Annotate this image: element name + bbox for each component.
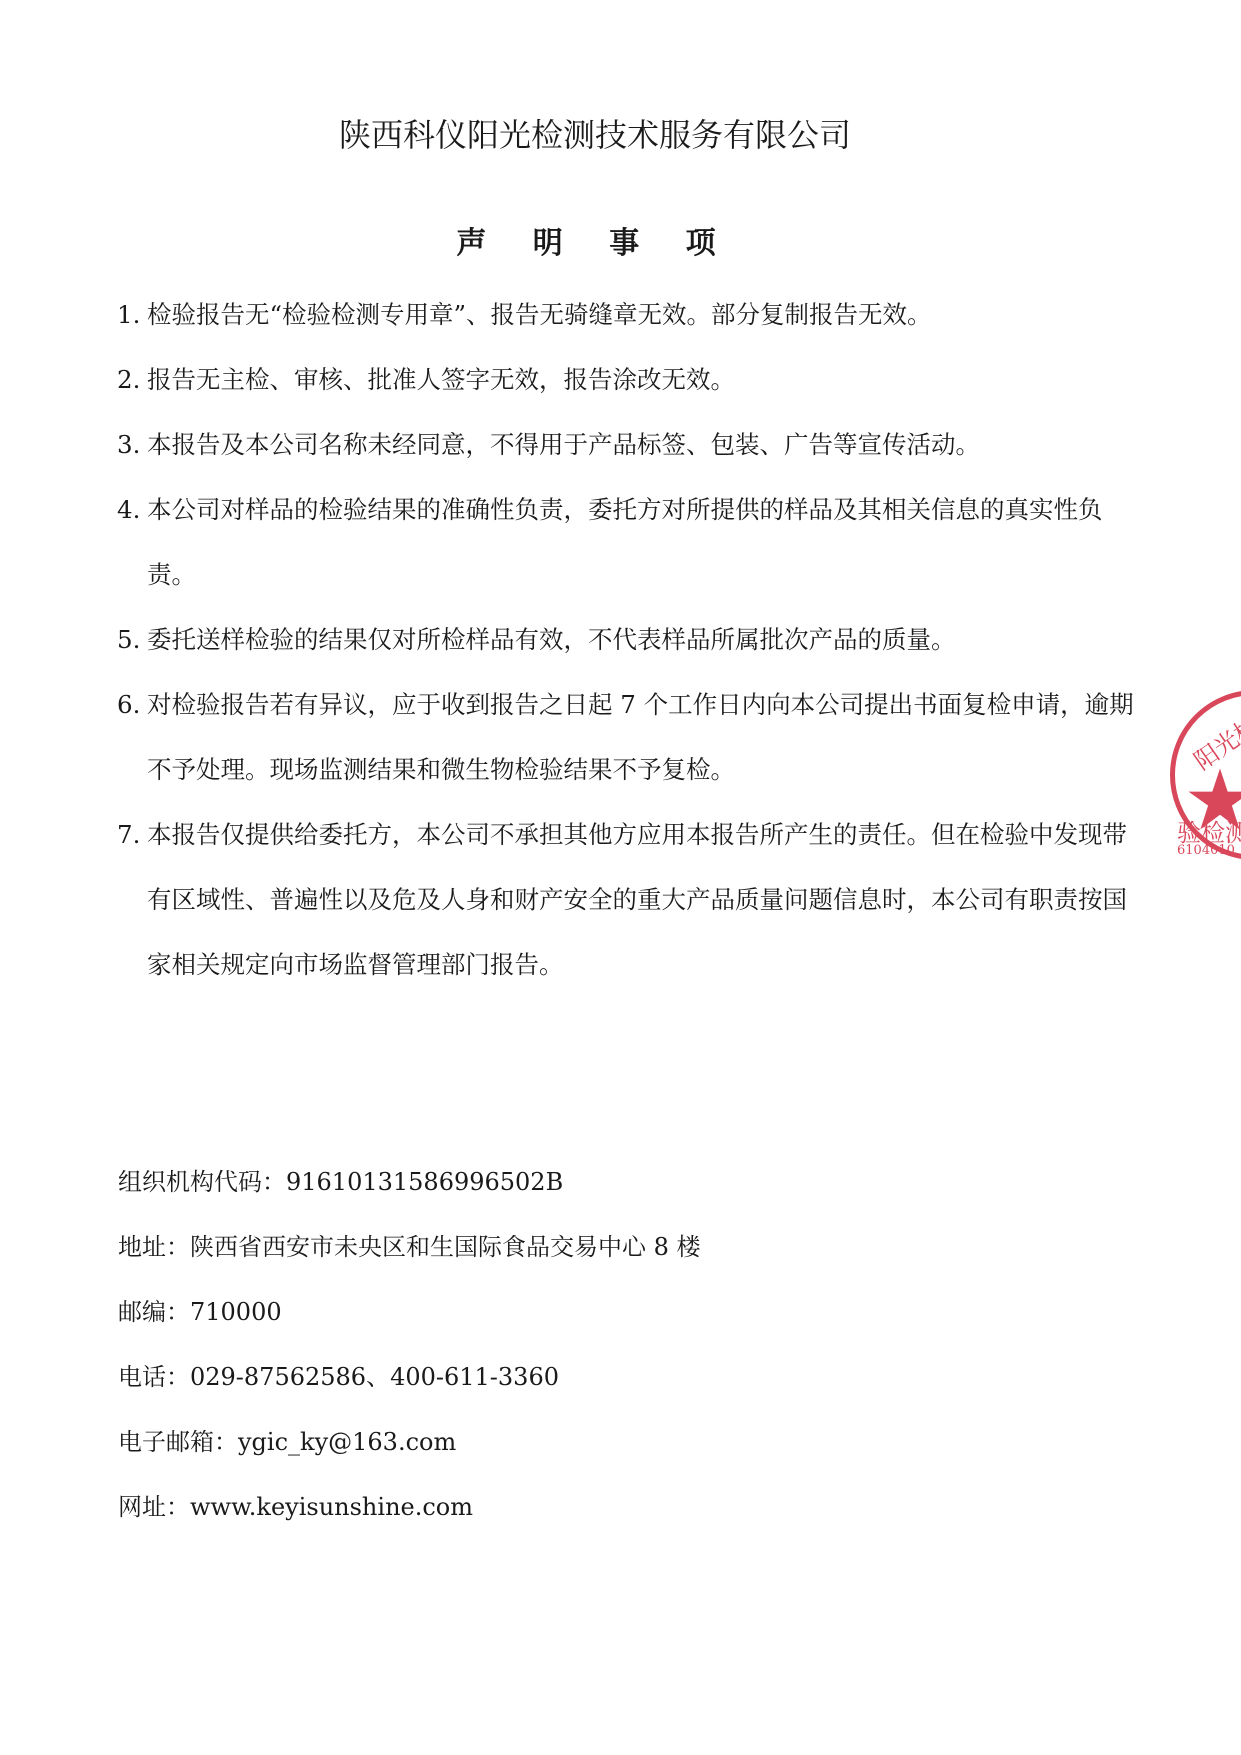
clause-item: 6. 对检验报告若有异议，应于收到报告之日起 7 个工作日内向本公司提出书面复检… <box>117 672 1137 802</box>
clause-text: 报告无主检、审核、批准人签字无效，报告涂改无效。 <box>147 347 1137 412</box>
clause-number: 4. <box>117 477 147 607</box>
clause-item: 3. 本报告及本公司名称未经同意，不得用于产品标签、包装、广告等宣传活动。 <box>117 412 1137 477</box>
clause-text: 本报告仅提供给委托方，本公司不承担其他方应用本报告所产生的责任。但在检验中发现带… <box>147 802 1137 997</box>
clause-number: 2. <box>117 347 147 412</box>
clause-text: 委托送样检验的结果仅对所检样品有效，不代表样品所属批次产品的质量。 <box>147 607 1137 672</box>
clause-item: 4. 本公司对样品的检验结果的准确性负责，委托方对所提供的样品及其相关信息的真实… <box>117 477 1137 607</box>
clause-item: 7. 本报告仅提供给委托方，本公司不承担其他方应用本报告所产生的责任。但在检验中… <box>117 802 1137 997</box>
clause-text: 检验报告无“检验检测专用章”、报告无骑缝章无效。部分复制报告无效。 <box>147 282 1137 347</box>
clause-number: 3. <box>117 412 147 477</box>
website: 网址：www.keyisunshine.com <box>118 1487 701 1552</box>
clause-text: 本报告及本公司名称未经同意，不得用于产品标签、包装、广告等宣传活动。 <box>147 412 1137 477</box>
clause-item: 2. 报告无主检、审核、批准人签字无效，报告涂改无效。 <box>117 347 1137 412</box>
clause-item: 1. 检验报告无“检验检测专用章”、报告无骑缝章无效。部分复制报告无效。 <box>117 282 1137 347</box>
clause-text: 对检验报告若有异议，应于收到报告之日起 7 个工作日内向本公司提出书面复检申请，… <box>147 672 1137 802</box>
postcode: 邮编：710000 <box>118 1292 701 1357</box>
clause-number: 7. <box>117 802 147 997</box>
org-code: 组织机构代码：91610131586996502B <box>118 1162 701 1227</box>
company-name: 陕西科仪阳光检测技术服务有限公司 <box>0 110 1190 156</box>
clause-text: 本公司对样品的检验结果的准确性负责，委托方对所提供的样品及其相关信息的真实性负责… <box>147 477 1137 607</box>
seal-code: 6104010 <box>1177 843 1235 858</box>
seal-top-text: 阳光检测 <box>1186 693 1241 777</box>
phone: 电话：029-87562586、400-611-3360 <box>118 1357 701 1422</box>
contact-info: 组织机构代码：91610131586996502B 地址：陕西省西安市未央区和生… <box>118 1162 701 1552</box>
clause-number: 5. <box>117 607 147 672</box>
clause-item: 5. 委托送样检验的结果仅对所检样品有效，不代表样品所属批次产品的质量。 <box>117 607 1137 672</box>
clause-number: 6. <box>117 672 147 802</box>
official-seal: 阳光检测 验检测 6104010 <box>1170 690 1241 860</box>
page-title: 声 明 事 项 <box>0 218 1190 262</box>
address: 地址：陕西省西安市未央区和生国际食品交易中心 8 楼 <box>118 1227 701 1292</box>
email: 电子邮箱：ygic_ky@163.com <box>118 1422 701 1487</box>
clause-list: 1. 检验报告无“检验检测专用章”、报告无骑缝章无效。部分复制报告无效。 2. … <box>117 282 1137 997</box>
clause-number: 1. <box>117 282 147 347</box>
